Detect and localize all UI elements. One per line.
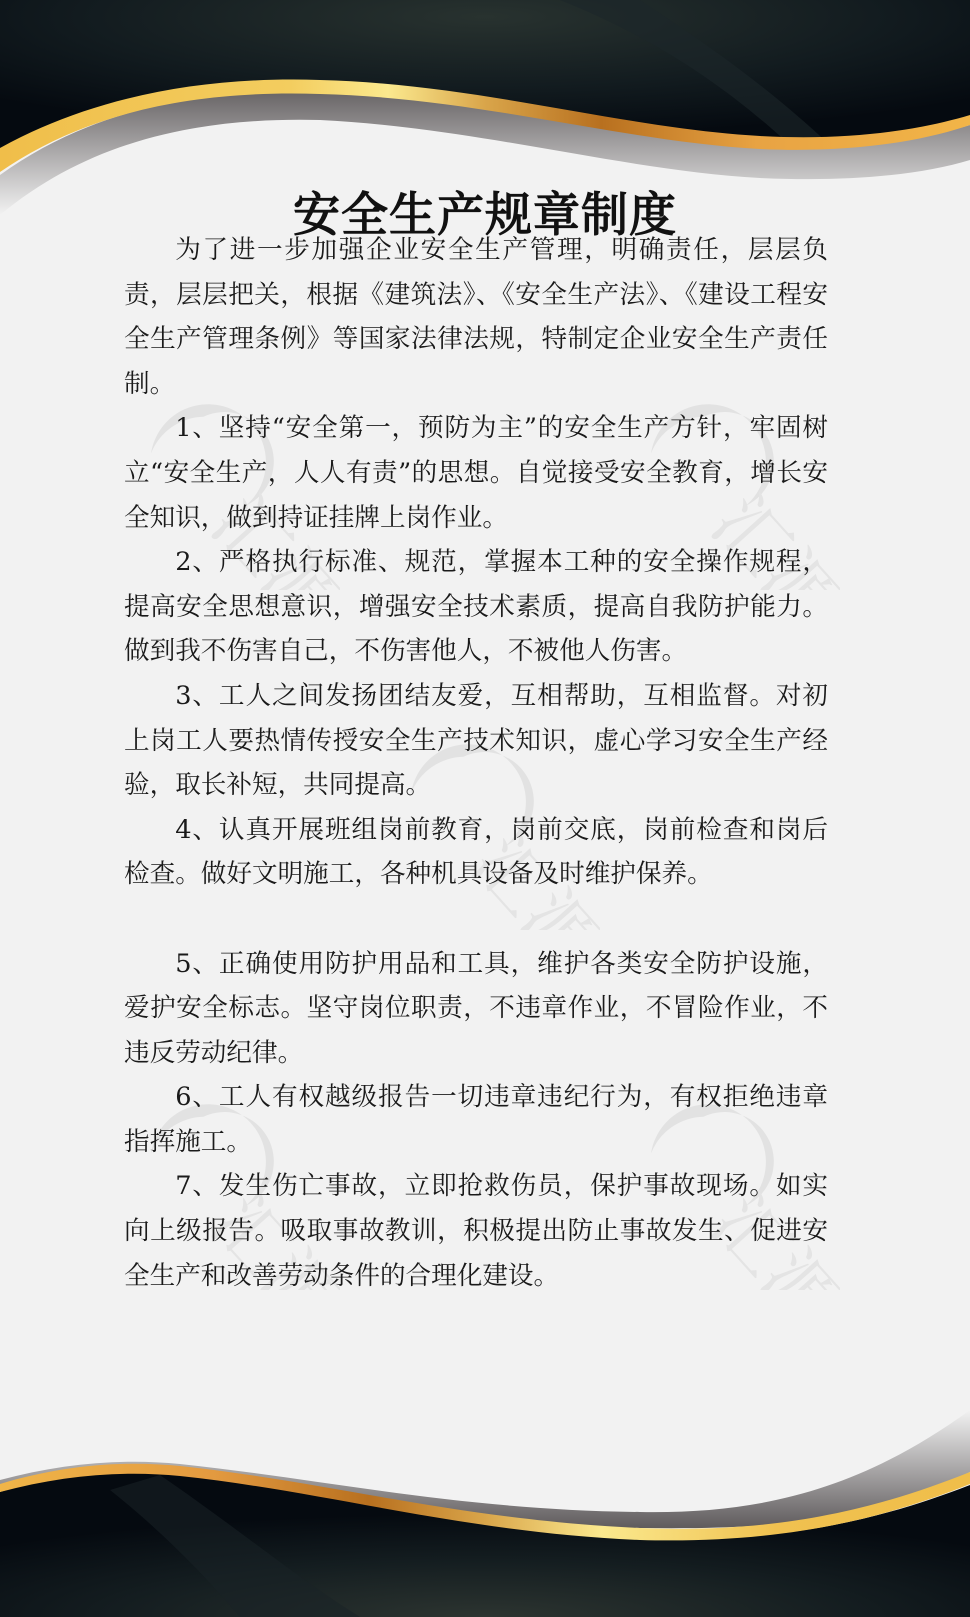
rule-item-2: 2、严格执行标准、规范，掌握本工种的安全操作规程，提高安全思想意识，增强安全技术… — [124, 540, 828, 674]
rule-item-4: 4、认真开展班组岗前教育，岗前交底，岗前检查和岗后检查。做好文明施工，各种机具设… — [124, 808, 828, 897]
rule-item-1: 1、坚持“安全第一，预防为主”的安全生产方针，牢固树立“安全生产，人人有责”的思… — [124, 406, 828, 540]
rule-item-3: 3、工人之间发扬团结友爱，互相帮助，互相监督。对初上岗工人要热情传授安全生产技术… — [124, 674, 828, 808]
intro-paragraph: 为了进一步加强企业安全生产管理，明确责任，层层负责，层层把关，根据《建筑法》、《… — [124, 228, 828, 406]
regulations-body: 为了进一步加强企业安全生产管理，明确责任，层层负责，层层把关，根据《建筑法》、《… — [124, 228, 828, 1298]
safety-regulations-poster: 汇源 汇源 汇源 汇源 汇源 安全生产规章制度 为了进一步加强企业安全生产管理，… — [0, 0, 970, 1617]
bottom-wave-decoration-icon — [0, 1380, 970, 1617]
rule-item-7: 7、发生伤亡事故，立即抢救伤员，保护事故现场。如实向上级报告。吸取事故教训，积极… — [124, 1164, 828, 1298]
rule-item-5: 5、正确使用防护用品和工具，维护各类安全防护设施，爱护安全标志。坚守岗位职责，不… — [124, 942, 828, 1076]
rule-item-6: 6、工人有权越级报告一切违章违纪行为，有权拒绝违章指挥施工。 — [124, 1075, 828, 1164]
